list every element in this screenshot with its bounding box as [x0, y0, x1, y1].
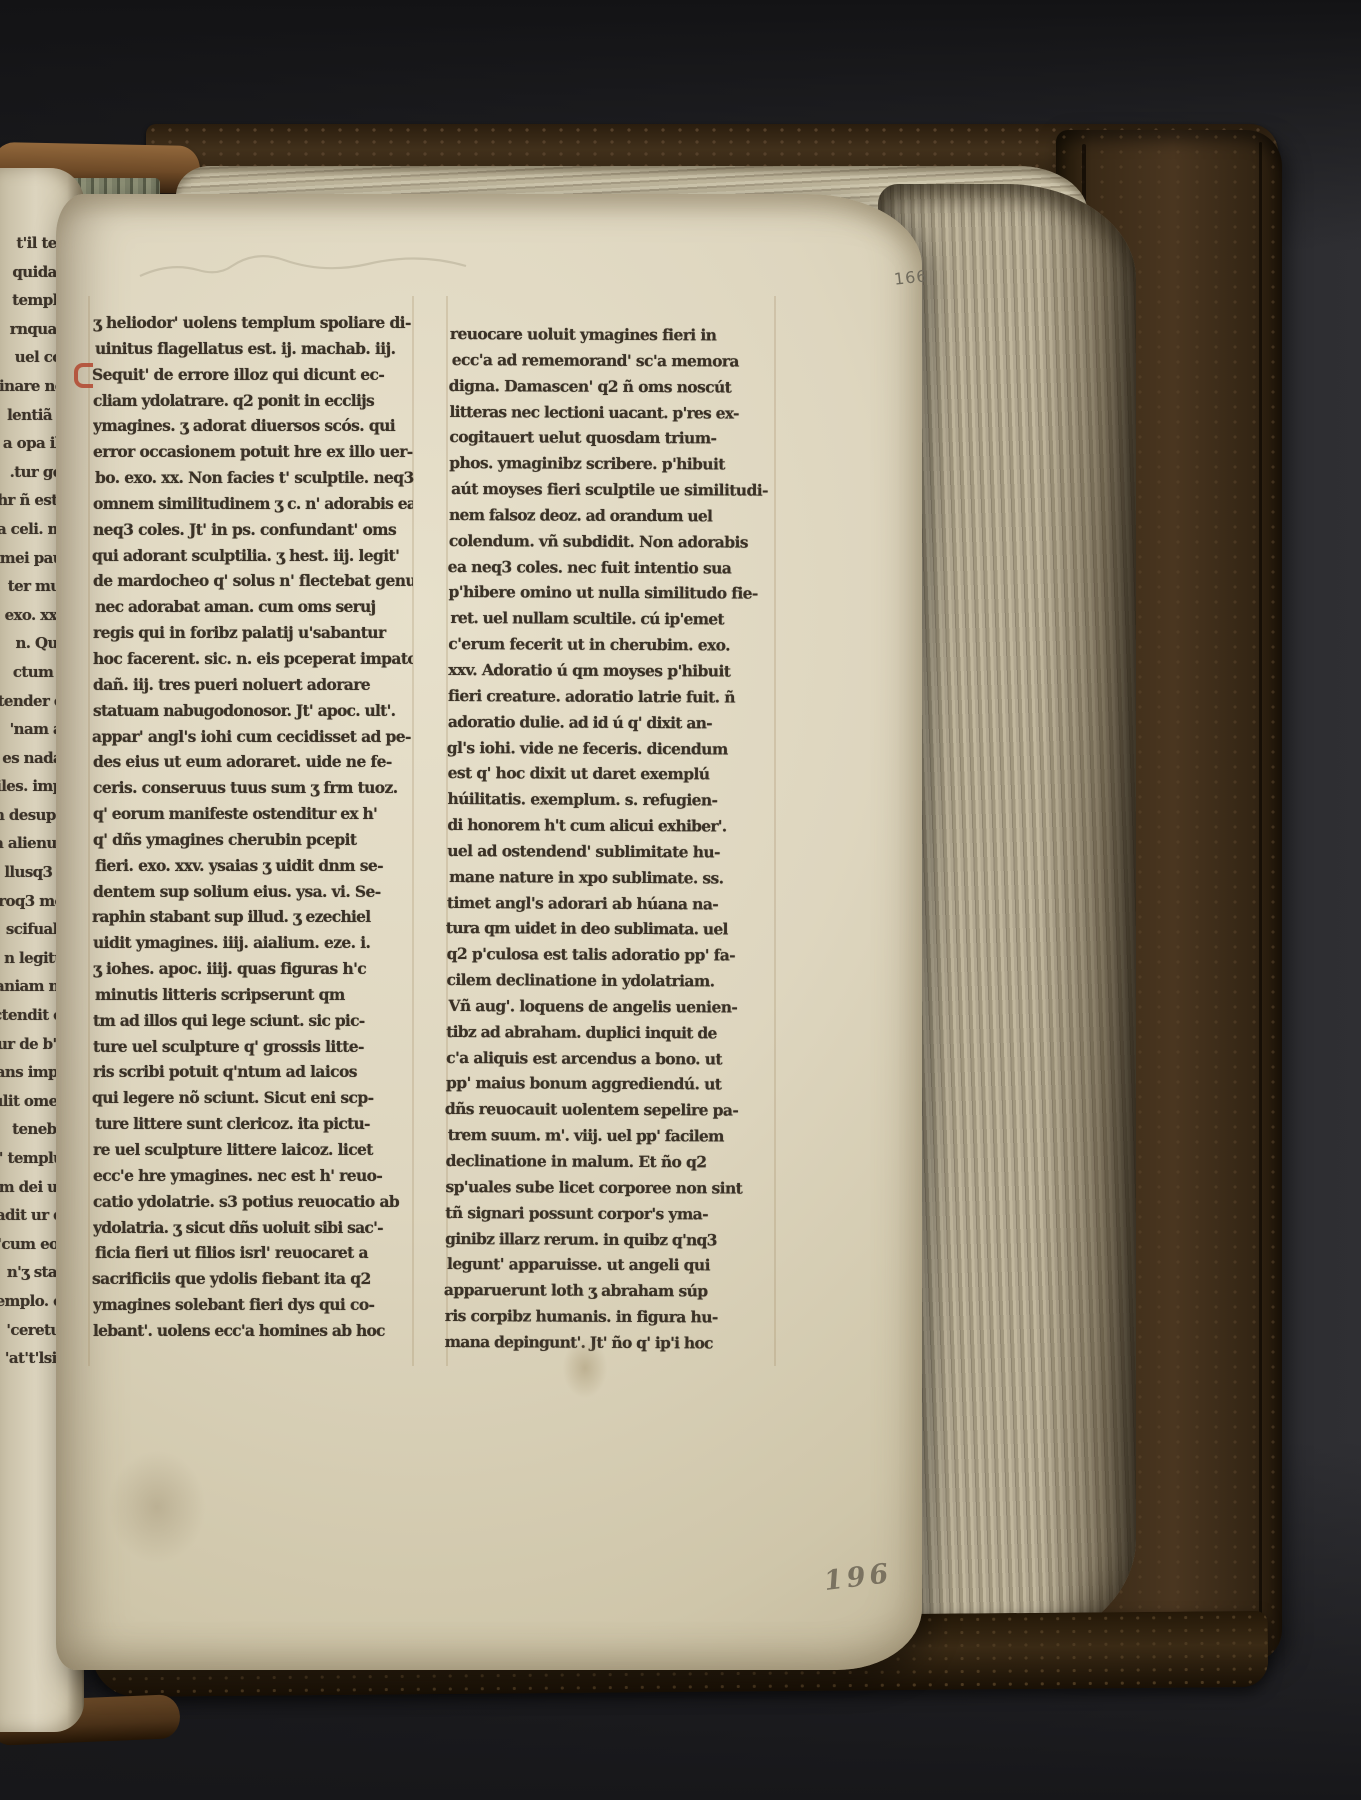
text-line: ymagines solebant fieri dys qui co-	[93, 1292, 413, 1318]
text-line: ris corpibz humanis. in figura hu-	[445, 1303, 772, 1331]
text-line: bo. exo. xx. Non facies t' sculptile. ne…	[95, 465, 415, 491]
cover-tooling-line	[1259, 142, 1262, 1628]
text-line: litteras nec lectioni uacant. p'res ex-	[449, 399, 776, 427]
text-line: legunt' apparuisse. ut angeli qui	[447, 1251, 774, 1279]
text-line: uinitus flagellatus est. ij. machab. iij…	[95, 336, 415, 362]
paraph-mark	[74, 363, 93, 388]
text-line: ginibz illarz rerum. in quibz q'nq3	[445, 1226, 772, 1254]
text-line: ficia fieri ut filios isrl' reuocaret a	[95, 1240, 415, 1266]
text-line: p'hibere omino ut nulla similitudo fie-	[449, 579, 776, 607]
text-line: tibz ad abraham. duplici inquit de	[446, 1019, 773, 1047]
text-line: sp'uales sube licet corporee non sint	[445, 1174, 772, 1202]
text-line: ture littere sunt clericoz. ita pictu-	[95, 1111, 415, 1137]
text-line: tura qm uidet in deo sublimata. uel	[446, 915, 773, 943]
text-column-right: reuocare uoluit ymagines fieri inecc'a a…	[445, 321, 777, 1356]
text-line: ecc'e hre ymagines. nec est h' reuo-	[93, 1163, 413, 1189]
text-line: trem suum. m'. viij. uel pp' facilem	[448, 1122, 775, 1150]
text-line: hoc facerent. sic. n. eis pceperat impat…	[93, 646, 413, 672]
column-ruling-line	[88, 296, 90, 1366]
text-line: raphin stabant sup illud. ʒ ezechiel	[92, 904, 412, 930]
text-line: ceris. conseruus tuus sum ʒ frm tuoz.	[93, 775, 413, 801]
text-line: cliam ydolatrare. q2 ponit in ecclijs	[93, 388, 413, 414]
text-line: c'erum fecerit ut in cherubim. exo.	[448, 631, 775, 659]
parchment-stain	[554, 1326, 616, 1410]
text-line: ymagines. ʒ adorat diuersos scós. qui	[93, 413, 413, 439]
text-line: lebant'. uolens ecc'a homines ab hoc	[93, 1318, 413, 1344]
text-line: uidit ymagines. iiij. aialium. eze. i.	[93, 930, 413, 956]
text-line: nec adorabat aman. cum oms seruj	[95, 594, 415, 620]
text-line: appar' angl's iohi cum cecidisset ad pe-	[92, 724, 412, 750]
text-line: fieri. exo. xxv. ysaias ʒ uidit dnm se-	[95, 853, 415, 879]
text-line: tm ad illos qui lege sciunt. sic pic-	[93, 1008, 413, 1034]
text-line: cogitauert uelut quosdam trium-	[449, 424, 776, 452]
text-line: re uel sculpture littere laicoz. licet	[93, 1137, 413, 1163]
text-line: qui adorant sculptilia. ʒ hest. iij. leg…	[92, 543, 412, 569]
text-line: catio ydolatrie. s3 potius reuocatio ab	[93, 1189, 413, 1215]
faint-inscription	[134, 246, 474, 290]
text-line: aút moyses fieri sculptile ue similitudi…	[451, 476, 778, 504]
text-line: timet angl's adorari ab húana na-	[447, 890, 774, 918]
folio-number: 166	[893, 266, 928, 288]
text-line: c'a aliquis est arcendus a bono. ut	[446, 1045, 773, 1073]
text-line: colendum. vñ subdidit. Non adorabis	[449, 528, 776, 556]
text-line: reuocare uoluit ymagines fieri in	[450, 321, 777, 349]
text-line: dentem sup solium eius. ysa. vi. Se-	[93, 879, 413, 905]
text-line: qui legere nõ sciunt. Sicut eni scp-	[92, 1085, 412, 1111]
parchment-stain	[92, 1432, 222, 1582]
text-line: est q' hoc dixit ut daret exemplú	[448, 760, 775, 788]
text-line: ʒ iohes. apoc. iiij. quas figuras h'c	[93, 956, 413, 982]
text-line: pp' maius bonum aggrediendú. ut	[446, 1070, 773, 1098]
text-line: minutis litteris scripserunt qm	[95, 982, 415, 1008]
text-line: Vñ aug'. loquens de angelis uenien-	[448, 993, 775, 1021]
text-line: adoratio dulie. ad id ú q' dixit an-	[448, 709, 775, 737]
text-line: di honorem h't cum alicui exhiber'.	[447, 812, 774, 840]
text-line: phos. ymaginibz scribere. p'hibuit	[449, 450, 776, 478]
text-line: Sequit' de errore illoz qui dicunt ec-	[92, 362, 412, 388]
text-line: dñs reuocauit uolentem sepelire pa-	[445, 1096, 772, 1124]
text-line: error occasionem potuit hre ex illo uer-	[93, 439, 413, 465]
text-line: q2 p'culosa est talis adoratio pp' fa-	[447, 941, 774, 969]
text-column-left: ʒ heliodor' uolens templum spoliare di-u…	[93, 310, 413, 1344]
manuscript-page: ʒ heliodor' uolens templum spoliare di-u…	[56, 194, 922, 1670]
text-line: ydolatria. ʒ sicut dñs uoluit sibi sac'-	[93, 1215, 413, 1241]
text-line: dañ. iij. tres pueri noluert adorare	[93, 672, 413, 698]
text-line: xxv. Adoratio ú qm moyses p'hibuit	[448, 657, 775, 685]
text-line: regis qui in foribz palatij u'sabantur	[93, 620, 413, 646]
text-line: ʒ heliodor' uolens templum spoliare di-	[93, 310, 413, 336]
text-line: mane nature in xpo sublimate. ss.	[449, 864, 776, 892]
text-line: cilem declinatione in ydolatriam.	[446, 967, 773, 995]
text-line: tñ signari possunt corpor's yma-	[445, 1200, 772, 1228]
bottom-page-number: 196	[822, 1558, 894, 1597]
text-line: apparuerunt loth ʒ abraham súp	[444, 1277, 771, 1305]
text-line: fieri creature. adoratio latrie fuit. ñ	[448, 683, 775, 711]
text-line: húilitatis. exemplum. s. refugien-	[447, 786, 774, 814]
text-line: uel ad ostendend' sublimitate hu-	[447, 838, 774, 866]
text-line: de mardocheo q' solus n' flectebat genua	[93, 568, 413, 594]
text-line: ea neq3 coles. nec fuit intentio sua	[448, 554, 775, 582]
text-line: omnem similitudinem ʒ c. n' adorabis ea	[93, 491, 413, 517]
text-line: declinatione in malum. Et ño q2	[446, 1148, 773, 1176]
text-line: gl's iohi. vide ne feceris. dicendum	[447, 734, 774, 762]
text-line: ture uel sculpture q' grossis litte-	[93, 1034, 413, 1060]
text-line: neq3 coles. Jt' in ps. confundant' oms	[93, 517, 413, 543]
text-line: ris scribi potuit q'ntum ad laicos	[93, 1059, 413, 1085]
text-line: ecc'a ad rememorand' sc'a memora	[452, 347, 779, 375]
text-line: statuam nabugodonosor. Jt' apoc. ult'.	[93, 698, 413, 724]
text-line: digna. Damascen' q2 ñ oms noscút	[449, 373, 776, 401]
text-line: q' dñs ymagines cherubin pcepit	[93, 827, 413, 853]
text-line: ret. uel nullam scultile. cú ip'emet	[450, 605, 777, 633]
photo-background: t'il temquidam'templúrnquamuel coninare …	[0, 0, 1361, 1800]
text-line: des eius ut eum adoraret. uide ne fe-	[93, 749, 413, 775]
text-line: sacrificiis que ydolis fiebant ita q2	[92, 1266, 412, 1292]
text-line: q' eorum manifeste ostenditur ex h'	[93, 801, 413, 827]
text-line: nem falsoz deoz. ad orandum uel	[449, 502, 776, 530]
